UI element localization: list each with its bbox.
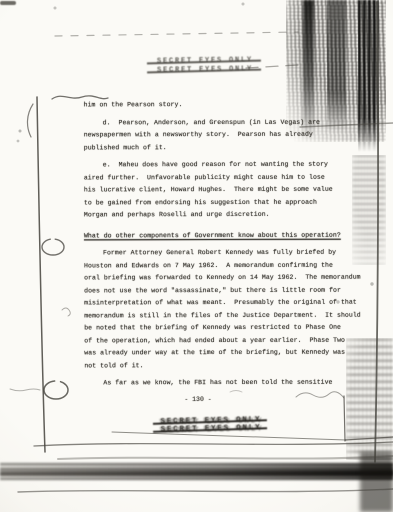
section-heading: What do other components of Government k… [84, 229, 374, 242]
body-line: of the operation, which had ended about … [84, 334, 374, 347]
classification-stamp-top: SECRET EYES ONLY SECRET EYES ONLY [150, 56, 260, 75]
body-line: oral briefing was forwarded to Kennedy o… [84, 272, 374, 285]
body-line: his lucrative client, Howard Hughes. The… [84, 184, 374, 197]
speck [242, 3, 244, 5]
box-rule-vertical [344, 396, 345, 441]
bottom-edge-streak [58, 456, 393, 459]
body-line: newspapermen with a newsworthy story. Pe… [84, 129, 374, 142]
body-line: does not use the word "assassinate," but… [84, 284, 374, 297]
body-line: Morgan and perhaps Roselli and urge disc… [84, 209, 374, 222]
body-line: d. Pearson, Anderson, and Greenspun (in … [84, 116, 374, 129]
pencil-scribble [62, 308, 70, 316]
body-line: aired further. Unfavorable publicity mig… [84, 171, 374, 184]
scan-mark-top-left [0, 1, 16, 5]
body-line: be noted that the briefing of Kennedy wa… [84, 322, 374, 335]
handwriting-scribble [296, 392, 344, 398]
body-line: Houston and Edwards on 7 May 1962. A mem… [84, 259, 374, 272]
box-rule-horizontal [345, 437, 393, 440]
body-line: not told of it. [84, 359, 374, 372]
body-line: memorandum is still in the files of the … [84, 309, 374, 322]
page-edge-line-right [375, 2, 378, 462]
body-line: e. Maheu does have good reason for not w… [84, 159, 374, 172]
speck [19, 130, 21, 132]
speck [54, 7, 56, 9]
stamp-line: SECRET EYES ONLY [150, 65, 260, 75]
classification-stamp-bottom: SECRET EYES ONLY SECRET EYES ONLY [156, 416, 266, 434]
faint-dashed-line [55, 32, 298, 36]
paren-mark [27, 104, 33, 137]
body-line: Former Attorney General Robert Kennedy w… [84, 247, 374, 260]
body-line: was already under way at the time of the… [84, 347, 374, 360]
stamp-line: SECRET EYES ONLY [156, 424, 266, 434]
scan-noise-corner [360, 452, 393, 512]
body-line: him on the Pearson story. [84, 99, 374, 112]
handwriting-scribble [230, 391, 242, 393]
bottom-edge-streak [34, 442, 393, 446]
body-line: to be gained from endorsing his suggesti… [84, 196, 374, 209]
speck [17, 140, 19, 142]
box-rule-horizontal [112, 432, 346, 440]
document-body-text: him on the Pearson story.d. Pearson, And… [84, 99, 375, 390]
scan-noise-bottom-edge [0, 470, 393, 476]
binder-hole-ring [44, 381, 68, 399]
body-line: published much of it. [84, 141, 374, 154]
scanned-document-page: SECRET EYES ONLY SECRET EYES ONLY him on… [0, 0, 393, 512]
pencil-mark [10, 389, 40, 391]
page-edge-line-left [37, 97, 45, 452]
body-line: misinterpretation of what was meant. Pre… [84, 297, 374, 310]
binder-hole-ring [42, 239, 64, 255]
page-number: - 130 - [170, 396, 226, 403]
bottom-edge-streak [18, 489, 393, 492]
body-line: As far as we know, the FBI has not been … [84, 377, 374, 390]
scan-noise-bottom-edge [0, 463, 393, 480]
